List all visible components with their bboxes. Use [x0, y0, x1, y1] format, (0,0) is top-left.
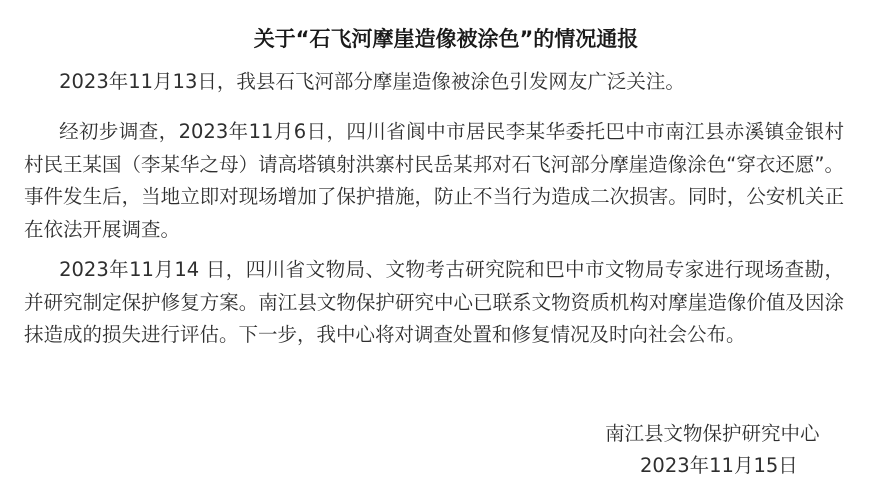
signature-organization: 南江县文物保护研究中心	[605, 418, 855, 450]
signature-date: 2023年11月15日	[640, 450, 890, 482]
paragraph-intro: 2023年11月13日，我县石飞河部分摩崖造像被涂色引发网友广泛关注。	[24, 66, 844, 99]
document-title: 关于“石飞河摩崖造像被涂色”的情况通报	[0, 24, 892, 54]
paragraph-follow-up: 2023年11月14 日，四川省文物局、文物考古研究院和巴中市文物局专家进行现场…	[24, 254, 844, 352]
paragraph-investigation: 经初步调查，2023年11月6日，四川省阆中市居民李某华委托巴中市南江县赤溪镇金…	[24, 116, 844, 246]
